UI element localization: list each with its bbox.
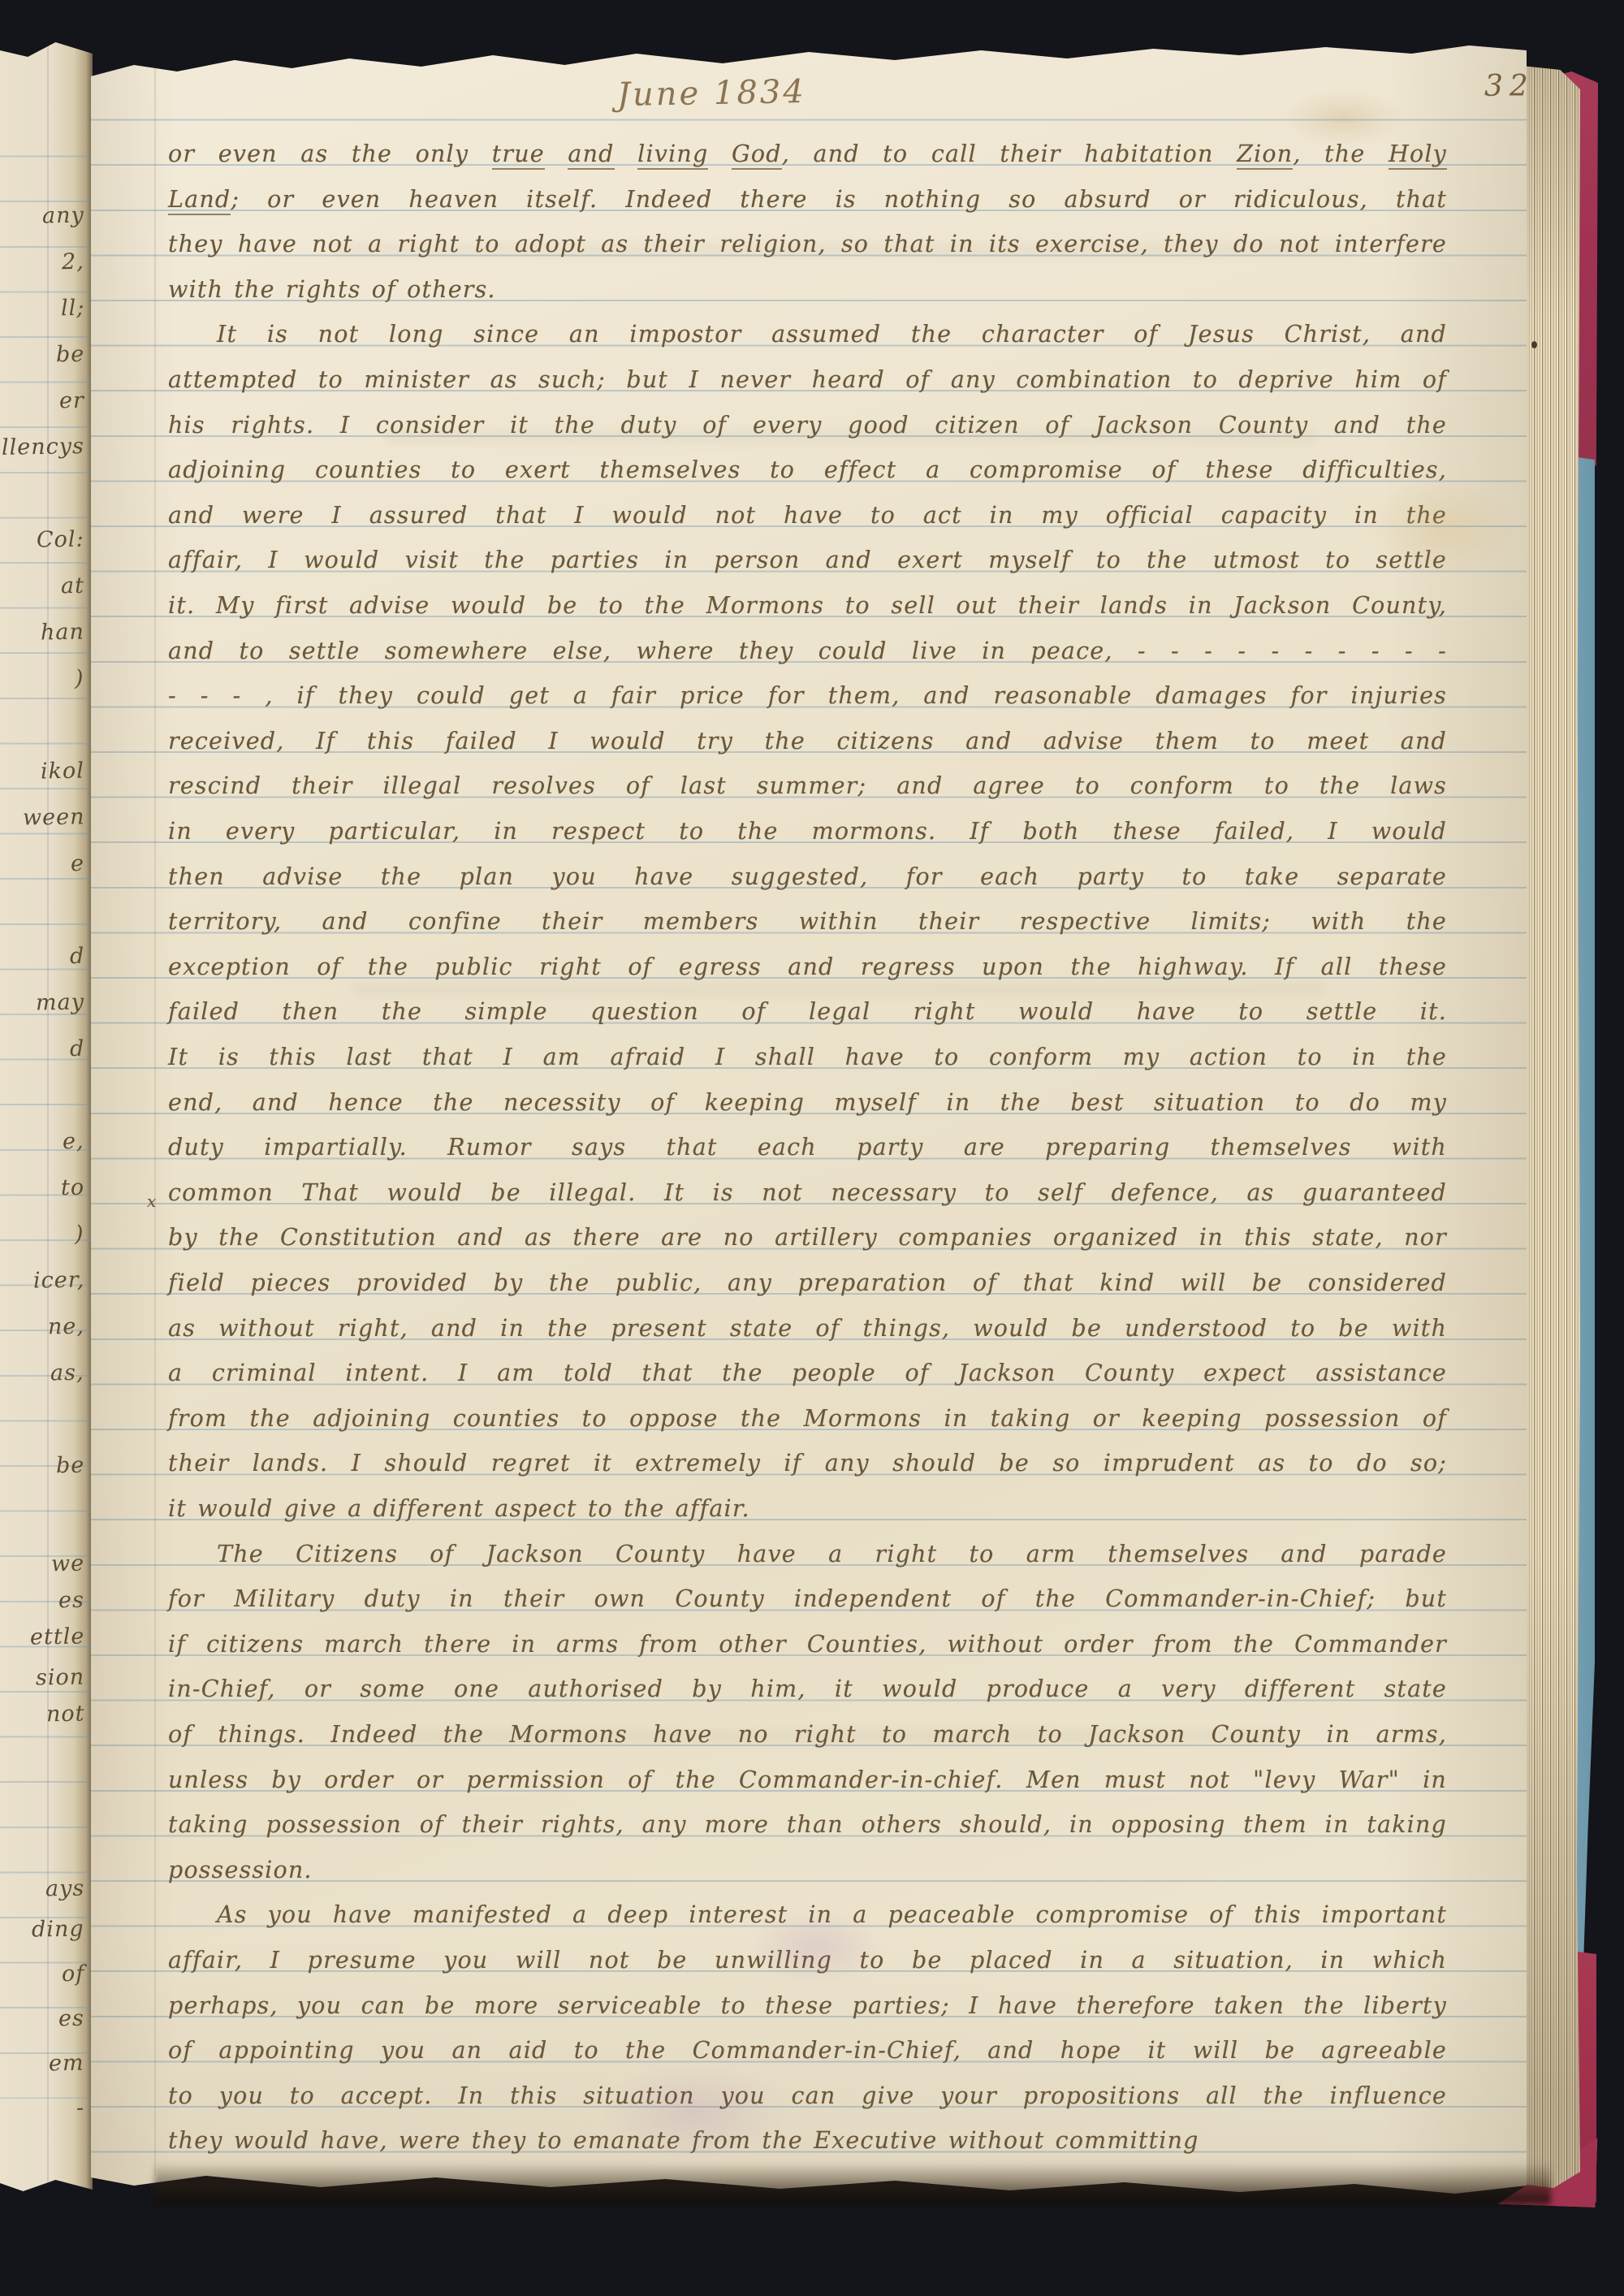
facing-page-fragment: as, (50, 1360, 84, 1386)
facing-page-fragment: ne, (48, 1314, 84, 1340)
manuscript-page: June 1834 323 or even as the only true a… (91, 41, 1527, 2197)
facing-page-fragment: of (61, 1961, 84, 1987)
facing-page-fragment: ettle (29, 1624, 84, 1650)
text-line: field pieces provided by the public, any… (168, 1264, 1447, 1303)
facing-page-fragment: er (59, 388, 84, 414)
facing-page-fragment: es (58, 2006, 84, 2032)
text-line: for Military duty in their own County in… (168, 1580, 1447, 1619)
text-line: received, If this failed I would try the… (168, 722, 1447, 761)
facing-page-fragment: icer, (32, 1267, 84, 1293)
underline-mark: true (492, 141, 545, 170)
text-line: they have not a right to adopt as their … (168, 225, 1447, 264)
facing-page-fragment: to (61, 1175, 85, 1201)
text-line: territory, and confine their members wit… (168, 902, 1447, 941)
margin-mark: x (147, 1182, 157, 1221)
facing-page-fragment: may (36, 989, 84, 1015)
facing-page-fragment: d (69, 944, 84, 969)
facing-page-fragment: es (58, 1588, 84, 1614)
underline-mark: Zion (1237, 141, 1293, 170)
facing-page-fragment: be (55, 342, 84, 368)
text-line: duty impartially. Rumor says that each p… (168, 1128, 1447, 1167)
text-line: of appointing you an aid to the Commande… (168, 2031, 1447, 2070)
text-line: in-Chief, or some one authorised by him,… (168, 1670, 1447, 1709)
text-line: it. My first advise would be to the Morm… (168, 586, 1447, 625)
facing-page-fragment: d (69, 1036, 84, 1062)
text-line: common That would be illegal. It is not … (168, 1174, 1447, 1213)
text-line: unless by order or permission of the Com… (168, 1761, 1447, 1800)
text-line: or even as the only true and living God,… (168, 135, 1447, 174)
text-line: perhaps, you can be more serviceable to … (168, 1987, 1447, 2026)
text-line: As you have manifested a deep interest i… (168, 1896, 1447, 1935)
text-line: It is this last that I am afraid I shall… (168, 1038, 1447, 1077)
facing-page-fragments: any2,ll;beerellencysCol:athan)ikolweened… (0, 0, 89, 2296)
facing-page-fragment: ellencys (0, 434, 84, 460)
text-line: they would have, were they to emanate fr… (168, 2121, 1447, 2160)
facing-page-fragment: e (71, 851, 85, 876)
facing-page-fragment: we (51, 1551, 85, 1577)
underline-mark: and (568, 141, 614, 170)
page-bottom-shadow (154, 2162, 1551, 2204)
facing-page-fragment: be (55, 1453, 84, 1479)
text-line: his rights. I consider it the duty of ev… (168, 406, 1447, 445)
text-line: as without right, and in the present sta… (168, 1309, 1447, 1348)
text-line: rescind their illegal resolves of last s… (168, 767, 1447, 806)
book-scan: any2,ll;beerellencysCol:athan)ikolweened… (0, 0, 1624, 2296)
text-line: exception of the public right of egress … (168, 948, 1447, 987)
text-line: with the rights of others. (168, 270, 1447, 309)
facing-page-fragment: sion (36, 1664, 85, 1690)
underline-mark: living (637, 141, 708, 170)
text-line: Land; or even heaven itself. Indeed ther… (168, 180, 1447, 219)
facing-page-fragment: ) (75, 666, 84, 691)
text-line: their lands. I should regret it extremel… (168, 1444, 1447, 1483)
text-line: - - - , if they could get a fair price f… (168, 677, 1447, 716)
underline-mark: Land (168, 186, 231, 215)
facing-page-fragment: 2, (62, 249, 84, 275)
facing-page-fragment: ll; (60, 296, 84, 322)
facing-page-fragment: not (45, 1701, 84, 1727)
facing-page-fragment: - (76, 2095, 85, 2121)
facing-page-fragment: any (42, 203, 84, 229)
text-line: by the Constitution and as there are no … (168, 1218, 1447, 1257)
manuscript-lines: or even as the only true and living God,… (91, 41, 1527, 2197)
facing-page-fragment: ) (75, 1222, 84, 1247)
text-line: then advise the plan you have suggested,… (168, 858, 1447, 897)
facing-page-fragment: ays (45, 1876, 85, 1902)
facing-page-fragment: Col: (37, 526, 84, 552)
text-line: affair, I would visit the parties in per… (168, 541, 1447, 580)
text-line: adjoining counties to exert themselves t… (168, 451, 1447, 490)
text-line: failed then the simple question of legal… (168, 992, 1447, 1031)
text-line: affair, I presume you will not be unwill… (168, 1941, 1447, 1980)
text-line: from the adjoining counties to oppose th… (168, 1399, 1447, 1438)
ink-dot (1531, 341, 1537, 348)
text-line: in every particular, in respect to the m… (168, 812, 1447, 851)
facing-page-fragment: e, (63, 1129, 84, 1154)
underline-mark: Holy (1389, 141, 1447, 170)
text-line: a criminal intent. I am told that the pe… (168, 1354, 1447, 1393)
facing-page-fragment: ween (22, 804, 84, 830)
text-line: attempted to minister as such; but I nev… (168, 361, 1447, 400)
text-line: of things. Indeed the Mormons have no ri… (168, 1715, 1447, 1754)
facing-page-fragment: ikol (41, 759, 84, 785)
text-line: if citizens march there in arms from oth… (168, 1625, 1447, 1664)
facing-page-fragment: han (41, 620, 84, 646)
text-line: The Citizens of Jackson County have a ri… (168, 1535, 1447, 1574)
facing-page-fragment: em (49, 2051, 84, 2077)
text-line: to you to accept. In this situation you … (168, 2077, 1447, 2116)
text-line: and were I assured that I would not have… (168, 496, 1447, 535)
text-line: end, and hence the necessity of keeping … (168, 1083, 1447, 1122)
underline-mark: God (732, 141, 782, 170)
facing-page-fragment: at (61, 573, 84, 599)
facing-page-fragment: ding (32, 1916, 84, 1942)
text-line: It is not long since an impostor assumed… (168, 315, 1447, 354)
text-line: and to settle somewhere else, where they… (168, 632, 1447, 671)
text-line: possession. (168, 1851, 1447, 1890)
text-line: it would give a different aspect to the … (168, 1490, 1447, 1529)
text-line: taking possession of their rights, any m… (168, 1805, 1447, 1844)
